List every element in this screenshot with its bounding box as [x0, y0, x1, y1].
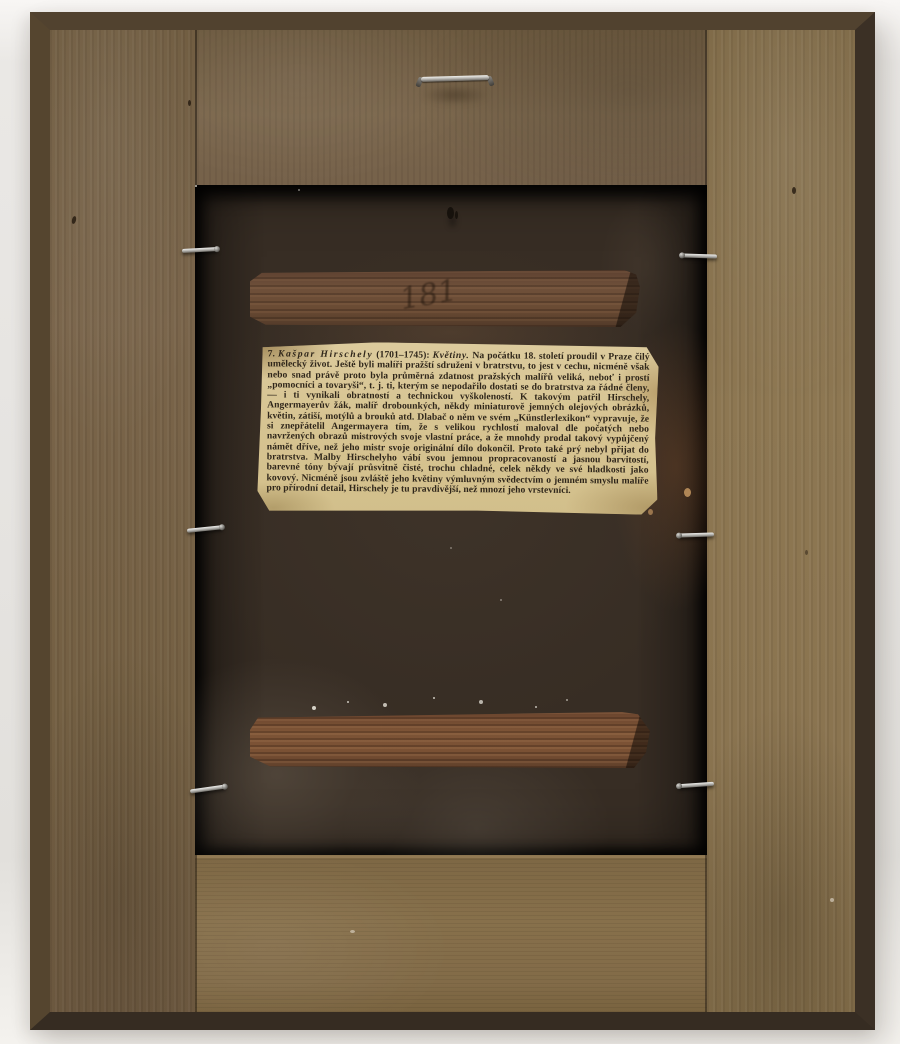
- label-body-text: Na počátku 18. století proudil v Praze č…: [266, 350, 649, 496]
- paint-chip: [830, 898, 834, 902]
- collection-label: 7. Kašpar Hirschely (1701–1745): Květiny…: [257, 341, 658, 514]
- panel-chip: [648, 509, 653, 515]
- frame-face: 181 7. Kašpar Hirschely (1701–1745): Kvě…: [50, 30, 855, 1012]
- label-text: 7. Kašpar Hirschely (1701–1745): Květiny…: [266, 349, 649, 496]
- lower-cradle-batten: [250, 712, 650, 768]
- wood-knot: [805, 550, 808, 555]
- hanger-bar: [421, 75, 489, 82]
- handwritten-number: 181: [397, 273, 459, 317]
- frame-left-stile: [50, 30, 195, 1012]
- panel-opening: 181 7. Kašpar Hirschely (1701–1745): Kvě…: [195, 185, 707, 855]
- hanging-staple: [413, 72, 497, 102]
- hanger-shadow: [405, 84, 505, 112]
- panel-chip: [684, 488, 691, 497]
- wood-knot: [792, 187, 796, 194]
- panel-knot: [447, 207, 454, 219]
- white-paint-speckles: [195, 185, 197, 187]
- picture-frame: 181 7. Kašpar Hirschely (1701–1745): Kvě…: [30, 12, 875, 1030]
- wood-knot: [188, 100, 191, 106]
- photograph-of-frame-back: 181 7. Kašpar Hirschely (1701–1745): Kvě…: [0, 0, 900, 1044]
- upper-cradle-batten: 181: [250, 270, 640, 327]
- frame-right-stile: [707, 30, 855, 1012]
- frame-bottom-rail: [195, 855, 707, 1012]
- paint-chip: [350, 930, 355, 933]
